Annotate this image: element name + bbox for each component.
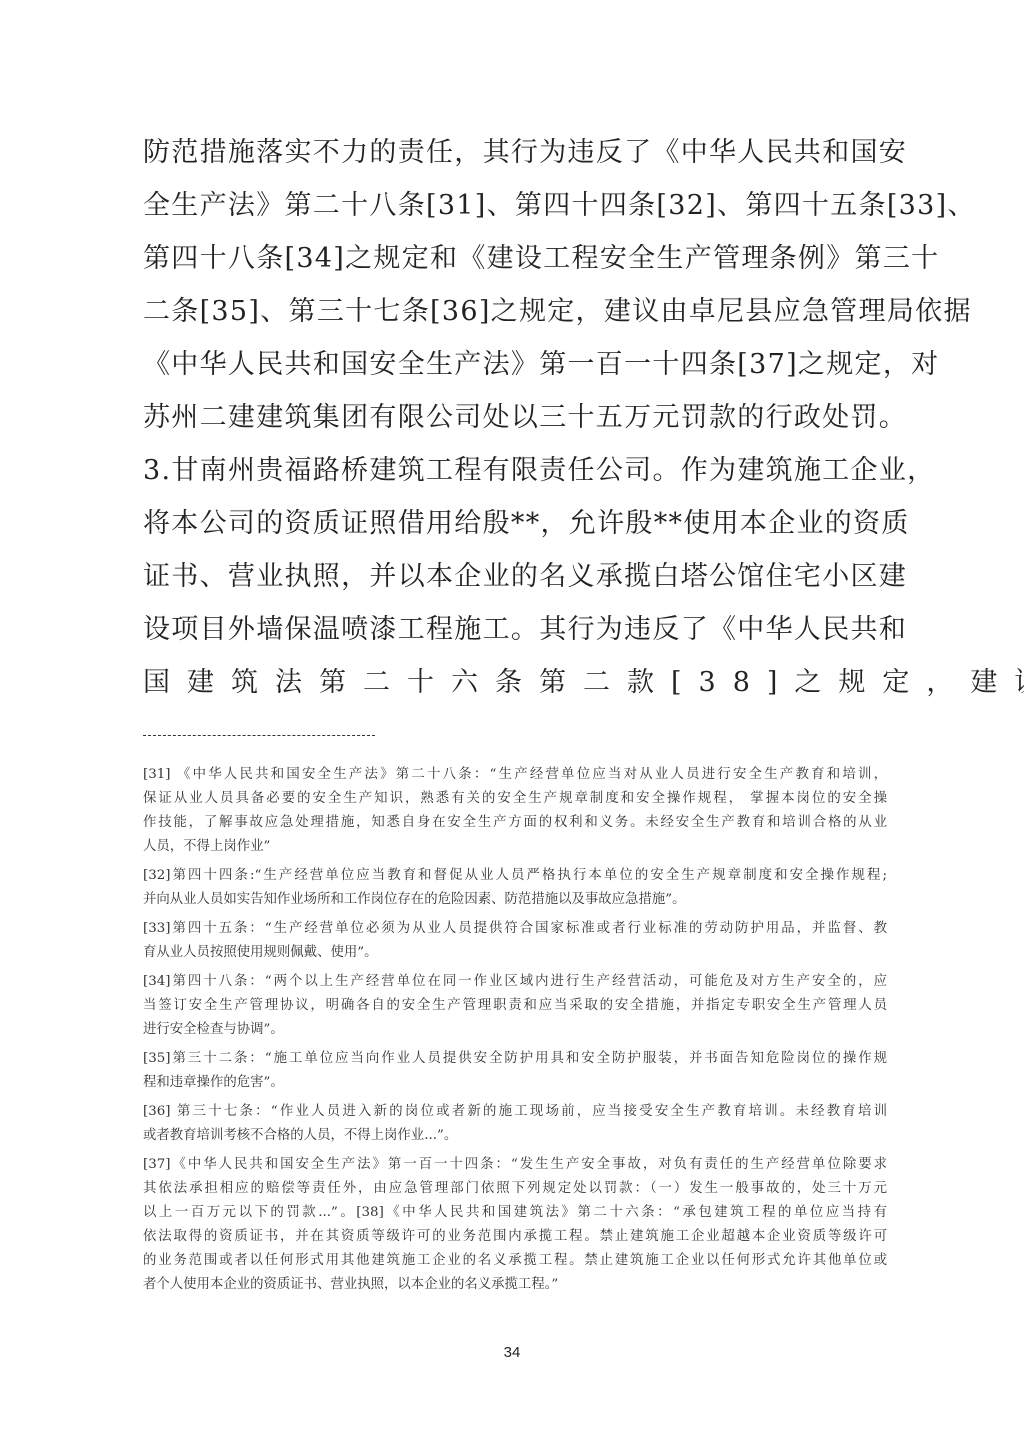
footnote-line: [36] 第三十七条：“作业人员进入新的岗位或者新的施工现场前，应当接受安全生产… — [143, 1100, 887, 1124]
footnote-line: 进行安全检查与协调”。 — [143, 1018, 887, 1042]
footnote-line: [33]第四十五条：“生产经营单位必须为从业人员提供符合国家标准或者行业标准的劳… — [143, 917, 887, 941]
footnote-33: [33]第四十五条：“生产经营单位必须为从业人员提供符合国家标准或者行业标准的劳… — [143, 917, 887, 965]
body-line: 设项目外墙保温喷漆工程施工。其行为违反了《中华人民共和 — [143, 603, 887, 656]
body-line: 苏州二建建筑集团有限公司处以三十五万元罚款的行政处罚。 — [143, 391, 887, 444]
footnote-line: [31] 《中华人民共和国安全生产法》第二十八条：“生产经营单位应当对从业人员进… — [143, 763, 887, 787]
footnote-separator — [143, 735, 375, 736]
page-number: 34 — [0, 1344, 1024, 1361]
footnote-line: [32]第四十四条:“生产经营单位应当教育和督促从业人员严格执行本单位的安全生产… — [143, 864, 887, 888]
footnote-32: [32]第四十四条:“生产经营单位应当教育和督促从业人员严格执行本单位的安全生产… — [143, 864, 887, 912]
footnote-line: 育从业人员按照使用规则佩戴、使用”。 — [143, 941, 887, 965]
body-text: 防范措施落实不力的责任，其行为违反了《中华人民共和国安 全生产法》第二十八条[3… — [143, 126, 887, 709]
body-line: 国建筑法第二十六条第二款[38]之规定，建议由卓 — [143, 656, 887, 709]
footnote-line: [37]《中华人民共和国安全生产法》第一百一十四条：“发生生产安全事故，对负有责… — [143, 1153, 887, 1177]
body-line: 证书、营业执照，并以本企业的名义承揽白塔公馆住宅小区建 — [143, 550, 887, 603]
footnote-line: 程和违章操作的危害”。 — [143, 1071, 887, 1095]
footnote-line: 者个人使用本企业的资质证书、营业执照，以本企业的名义承揽工程。” — [143, 1273, 887, 1297]
footnote-37-38: [37]《中华人民共和国安全生产法》第一百一十四条：“发生生产安全事故，对负有责… — [143, 1153, 887, 1297]
footnote-line: 或者教育培训考核不合格的人员，不得上岗作业...”。 — [143, 1124, 887, 1148]
body-line: 《中华人民共和国安全生产法》第一百一十四条[37]之规定，对 — [143, 338, 887, 391]
body-line: 二条[35]、第三十七条[36]之规定，建议由卓尼县应急管理局依据 — [143, 285, 887, 338]
footnote-line: 人员，不得上岗作业” — [143, 835, 887, 859]
body-line: 将本公司的资质证照借用给殷**，允许殷**使用本企业的资质 — [143, 497, 887, 550]
footnote-34: [34]第四十八条：“两个以上生产经营单位在同一作业区域内进行生产经营活动，可能… — [143, 970, 887, 1042]
footnote-line: 的业务范围或者以任何形式用其他建筑施工企业的名义承揽工程。禁止建筑施工企业以任何… — [143, 1249, 887, 1273]
footnote-line: 依法取得的资质证书，并在其资质等级许可的业务范围内承揽工程。禁止建筑施工企业超越… — [143, 1225, 887, 1249]
footnote-line: 以上一百万元以下的罚款...”。[38]《中华人民共和国建筑法》第二十六条：“承… — [143, 1201, 887, 1225]
footnote-line: 保证从业人员具备必要的安全生产知识，熟悉有关的安全生产规章制度和安全操作规程， … — [143, 787, 887, 811]
footnote-line: 并向从业人员如实告知作业场所和工作岗位存在的危险因素、防范措施以及事故应急措施”… — [143, 888, 887, 912]
footnote-line: 当签订安全生产管理协议，明确各自的安全生产管理职责和应当采取的安全措施，并指定专… — [143, 994, 887, 1018]
document-page: 防范措施落实不力的责任，其行为违反了《中华人民共和国安 全生产法》第二十八条[3… — [0, 0, 1024, 1448]
body-line: 3.甘南州贵福路桥建筑工程有限责任公司。作为建筑施工企业， — [143, 444, 887, 497]
footnote-line: [35]第三十二条：“施工单位应当向作业人员提供安全防护用具和安全防护服装，并书… — [143, 1047, 887, 1071]
body-line: 第四十八条[34]之规定和《建设工程安全生产管理条例》第三十 — [143, 232, 887, 285]
footnote-line: [34]第四十八条：“两个以上生产经营单位在同一作业区域内进行生产经营活动，可能… — [143, 970, 887, 994]
footnote-36: [36] 第三十七条：“作业人员进入新的岗位或者新的施工现场前，应当接受安全生产… — [143, 1100, 887, 1148]
footnotes: [31] 《中华人民共和国安全生产法》第二十八条：“生产经营单位应当对从业人员进… — [143, 763, 887, 1302]
footnote-line: 作技能，了解事故应急处理措施，知悉自身在安全生产方面的权利和义务。未经安全生产教… — [143, 811, 887, 835]
footnote-35: [35]第三十二条：“施工单位应当向作业人员提供安全防护用具和安全防护服装，并书… — [143, 1047, 887, 1095]
footnote-line: 其依法承担相应的赔偿等责任外，由应急管理部门依照下列规定处以罚款：（一）发生一般… — [143, 1177, 887, 1201]
body-line: 全生产法》第二十八条[31]、第四十四条[32]、第四十五条[33]、 — [143, 179, 887, 232]
body-line: 防范措施落实不力的责任，其行为违反了《中华人民共和国安 — [143, 126, 887, 179]
footnote-31: [31] 《中华人民共和国安全生产法》第二十八条：“生产经营单位应当对从业人员进… — [143, 763, 887, 859]
